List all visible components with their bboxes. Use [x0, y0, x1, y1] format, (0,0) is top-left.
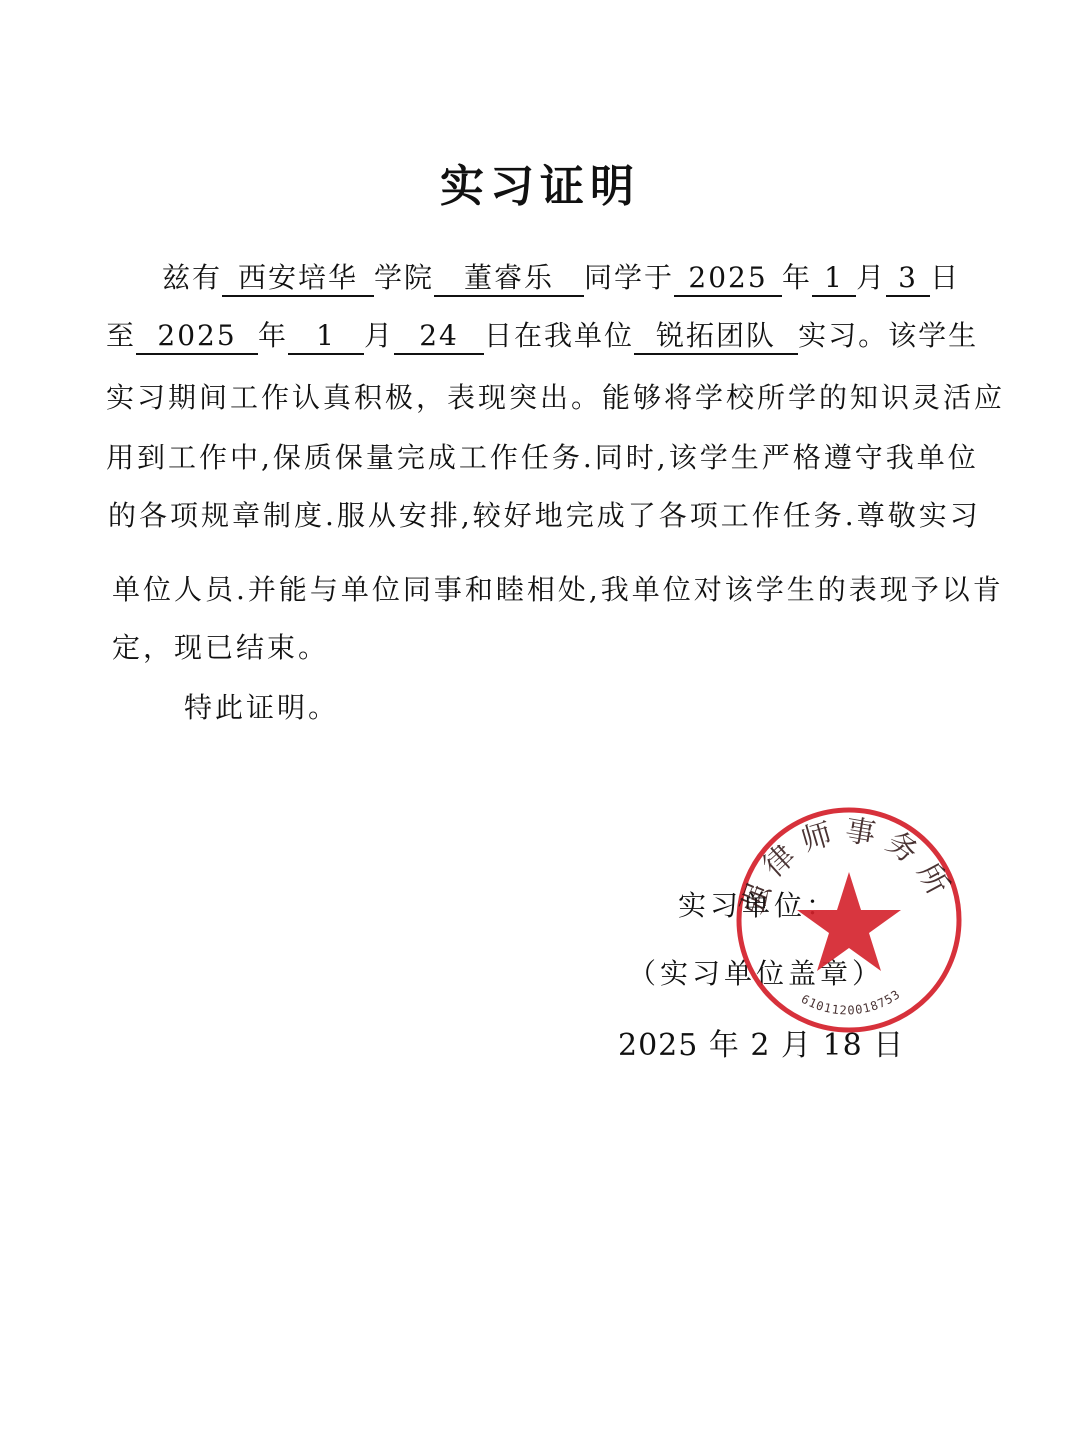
text-segment: 月: [364, 319, 394, 352]
student-name-field: 董睿乐: [434, 261, 584, 297]
text-segment: 月: [856, 261, 886, 294]
body-line: 的各项规章制度.服从安排,较好地完成了各项工作任务.尊敬实习: [108, 496, 981, 536]
intro-line-2: 至2025年1月24日在我单位锐拓团队实习。该学生: [106, 316, 978, 356]
document-title: 实习证明: [0, 150, 1080, 214]
body-line: 定，现已结束。: [112, 628, 329, 668]
text-segment: 实习。该学生: [798, 319, 978, 352]
text-segment: 年: [782, 261, 812, 294]
body-line: 单位人员.并能与单位同事和睦相处,我单位对该学生的表现予以肯: [112, 570, 1004, 610]
text-segment: 日: [930, 261, 960, 294]
seal-number: 6101120018753: [799, 987, 903, 1018]
text-segment: 兹有: [162, 261, 222, 294]
end-month-field: 1: [288, 319, 364, 355]
text-segment: 同学于: [584, 261, 674, 294]
body-line: 用到工作中,保质保量完成工作任务.同时,该学生严格遵守我单位: [106, 438, 979, 478]
body-line: 实习期间工作认真积极，表现突出。能够将学校所学的知识灵活应: [106, 378, 1005, 418]
text-segment: 日在我单位: [484, 319, 634, 352]
svg-text:6101120018753: 6101120018753: [799, 987, 903, 1018]
text-segment: 学院: [374, 261, 434, 294]
unit-field: 锐拓团队: [634, 319, 798, 355]
start-day-field: 3: [886, 261, 930, 297]
school-field: 西安培华: [222, 261, 374, 297]
closing-text: 特此证明。: [184, 688, 339, 728]
intro-line-1: 兹有西安培华学院董睿乐同学于2025年1月3日: [162, 258, 960, 298]
start-month-field: 1: [812, 261, 856, 297]
end-year-field: 2025: [136, 319, 258, 355]
start-year-field: 2025: [674, 261, 782, 297]
text-segment: 年: [258, 319, 288, 352]
end-day-field: 24: [394, 319, 484, 355]
star-icon: [797, 872, 901, 971]
official-seal-stamp: 强律师事务所 6101120018753: [735, 806, 963, 1034]
text-segment: 至: [106, 319, 136, 352]
